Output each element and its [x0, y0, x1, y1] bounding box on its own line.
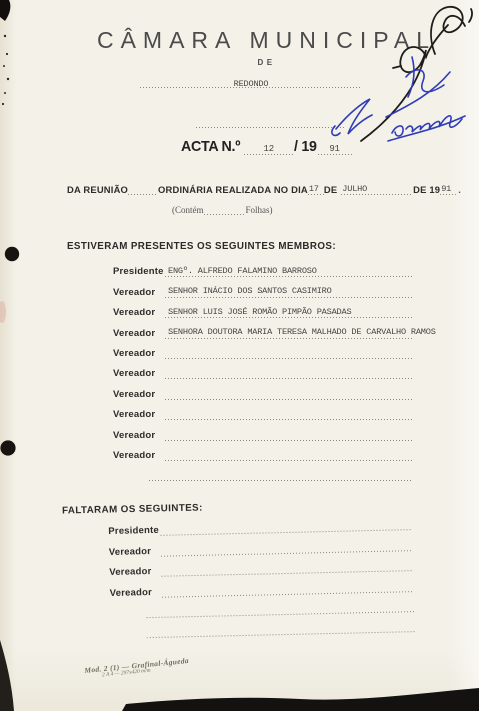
acta-year-prefix: / 19: [294, 138, 317, 155]
acta-label: ACTA N.º: [181, 138, 240, 155]
member-name-line: [165, 367, 412, 379]
bottom-scan-band: [122, 688, 479, 711]
member-row: Vereador: [113, 379, 412, 399]
acta-number-value: 12: [244, 144, 294, 154]
meeting-prefix: DA REUNIÃO: [67, 184, 128, 195]
member-row-president: Presidente ENGº. ALFREDO FALAMINO BARROS…: [113, 257, 412, 277]
municipality-value: REDONDO: [234, 79, 269, 89]
meeting-year-field: 91: [440, 184, 458, 195]
left-edge-specks: [2, 35, 9, 105]
pink-smudge: [0, 301, 6, 323]
absent-member-list: Presidente Vereador Vereador Vereador: [108, 510, 415, 639]
member-role-label: Vereador: [113, 450, 165, 461]
member-name-line: [165, 429, 412, 441]
blank-header-line: [196, 120, 346, 128]
meeting-type: ORDINÁRIA REALIZADA NO DIA: [158, 184, 308, 195]
member-name-value: SENHOR LUIS JOSÉ ROMÃO PIMPÃO PASADAS: [168, 307, 351, 317]
member-role-label: Vereador: [113, 348, 165, 359]
hole-punch-bottom: [0, 440, 15, 455]
page-title: CÂMARA MUNICIPAL: [54, 27, 479, 54]
meeting-day-field: 17: [308, 184, 324, 195]
member-row: Vereador: [113, 441, 412, 461]
municipality-line: REDONDO: [140, 73, 362, 88]
member-row: Vereador: [113, 400, 412, 420]
acta-year-field: 91: [318, 141, 352, 155]
member-name-value: SENHOR INÁCIO DOS SANTOS CASIMIRO: [168, 286, 332, 296]
meeting-line: DA REUNIÃO ORDINÁRIA REALIZADA NO DIA 17…: [67, 182, 461, 195]
bottom-left-corner-shadow: [0, 640, 14, 711]
contem-blank-field: [204, 205, 246, 215]
member-name-line: [149, 469, 412, 481]
member-row: Vereador: [113, 420, 412, 440]
member-row: Vereador SENHOR LUIS JOSÉ ROMÃO PIMPÃO P…: [113, 298, 412, 318]
member-name-line: SENHOR INÁCIO DOS SANTOS CASIMIRO: [165, 286, 412, 298]
signature-blue-ink: [332, 57, 465, 141]
contem-prefix: (Contém: [172, 205, 204, 215]
member-name-value: SENHORA DOUTORA MARIA TERESA MALHADO DE …: [168, 327, 436, 337]
member-name-line: [165, 408, 412, 420]
acta-number-field: 12: [244, 141, 294, 155]
member-role-label: Vereador: [113, 307, 165, 318]
contem-suffix: Folhas): [246, 205, 273, 215]
member-name-line: [165, 388, 412, 400]
member-name-line: [165, 449, 412, 461]
meeting-blank-field: [128, 184, 158, 195]
member-role-label: Vereador: [113, 409, 165, 420]
meeting-year-prefix: DE 19: [413, 184, 440, 195]
member-role-label: Vereador: [113, 389, 165, 400]
contem-line: (Contém Folhas): [172, 203, 273, 215]
member-name-line: SENHOR LUIS JOSÉ ROMÃO PIMPÃO PASADAS: [165, 306, 412, 318]
member-role-label: Presidente: [113, 266, 165, 277]
member-role-label: Vereador: [113, 287, 165, 298]
member-name-line: [165, 347, 412, 359]
member-role-label: Vereador: [113, 368, 165, 379]
meeting-period: .: [458, 184, 461, 195]
member-name-line: ENGº. ALFREDO FALAMINO BARROSO: [165, 265, 412, 277]
member-row: Vereador: [113, 359, 412, 379]
member-row-unlabeled: [113, 461, 412, 481]
acta-year-value: 91: [318, 144, 352, 154]
member-name-line: SENHORA DOUTORA MARIA TERESA MALHADO DE …: [165, 327, 412, 339]
meeting-day-value: 17: [309, 184, 319, 194]
member-role-label: Vereador: [113, 430, 165, 441]
meeting-month-value: JULHO: [342, 184, 367, 194]
member-row: Vereador: [113, 339, 412, 359]
member-row: Vereador SENHOR INÁCIO DOS SANTOS CASIMI…: [113, 277, 412, 297]
present-section-heading: ESTIVERAM PRESENTES OS SEGUINTES MEMBROS…: [67, 241, 336, 252]
de-label: DE: [54, 58, 479, 67]
printer-mark: Mod. 2 (1) — Grafinal-Águeda 2 A 4 — 297…: [84, 656, 190, 680]
top-left-corner-mark: [0, 0, 10, 21]
meeting-year-value: 91: [441, 184, 451, 194]
meeting-month-field: JULHO: [341, 184, 413, 195]
member-role-label: Vereador: [113, 328, 165, 339]
scanned-minutes-page: CÂMARA MUNICIPAL DE REDONDO ACTA N.º 12 …: [0, 0, 479, 711]
hole-punch-top: [5, 247, 19, 261]
meeting-de-word: DE: [324, 184, 337, 195]
member-name-value: ENGº. ALFREDO FALAMINO BARROSO: [168, 266, 317, 276]
member-row: Vereador SENHORA DOUTORA MARIA TERESA MA…: [113, 318, 412, 338]
acta-line: ACTA N.º 12 / 19 91: [54, 138, 479, 155]
member-name-line: [146, 620, 414, 638]
present-member-list: Presidente ENGº. ALFREDO FALAMINO BARROS…: [113, 257, 412, 481]
